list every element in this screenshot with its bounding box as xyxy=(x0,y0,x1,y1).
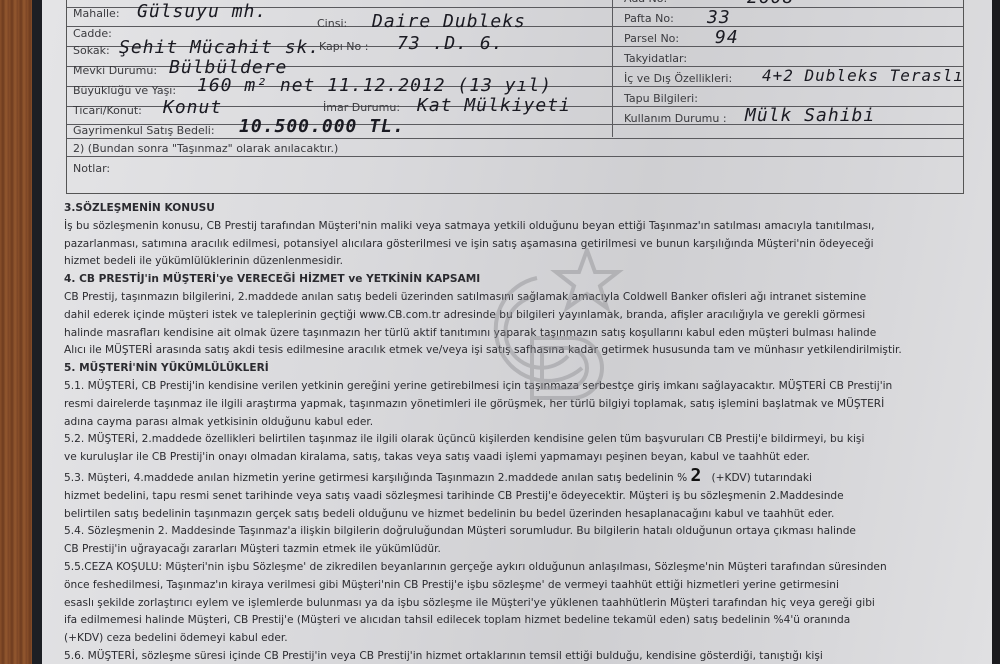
pafta-no-label: Pafta No: xyxy=(624,12,674,25)
section-5-title: 5. MÜŞTERİ'NİN YÜKÜMLÜLÜKLERİ xyxy=(64,360,969,378)
section-4-line: CB Prestij, taşınmazın bilgilerini, 2.ma… xyxy=(64,289,969,307)
cinsi-label: Cinsi: xyxy=(317,17,347,30)
kullanim-durumu-label: Kullanım Durumu : xyxy=(624,112,727,125)
notlar-label: Notlar: xyxy=(73,162,110,175)
section-5-3-line: hizmet bedelini, tapu resmi senet tarihi… xyxy=(64,488,969,506)
buyuklugu-yasi-label: Büyüklüğü ve Yaşı: xyxy=(73,84,176,97)
cinsi-value: Daire Dubleks xyxy=(372,11,526,32)
commission-percent-value: 2 xyxy=(691,467,702,486)
pafta-no-value: 33 xyxy=(707,7,731,28)
section-3-line: İş bu sözleşmenin konusu, CB Prestij tar… xyxy=(64,218,969,236)
section-5-3-post: (+KDV) tutarındaki xyxy=(711,472,812,484)
mevki-durumu-label: Mevki Durumu: xyxy=(73,64,157,77)
imar-durumu-value: Kat Mülkiyeti xyxy=(417,95,571,116)
section-5-5-line: esaslı şekilde zorlaştırıcı eylem ve işl… xyxy=(64,595,969,613)
section-5-2-line: ve kuruluşlar ile CB Prestij'in onayı ol… xyxy=(64,449,969,467)
taşınmaz-note: 2) (Bundan sonra "Taşınmaz" olarak anıla… xyxy=(73,142,338,155)
tapu-bilgileri-label: Tapu Bilgileri: xyxy=(624,92,698,105)
imar-durumu-label: İmar Durumu: xyxy=(323,101,400,114)
satis-bedeli-label: Gayrimenkul Satış Bedeli: xyxy=(73,124,215,137)
section-5-5-line: 5.5.CEZA KOŞULU: Müşteri'nin işbu Sözleş… xyxy=(64,559,969,577)
parsel-no-label: Parsel No: xyxy=(624,32,679,45)
section-5-2-line: 5.2. MÜŞTERİ, 2.maddede özellikleri beli… xyxy=(64,431,969,449)
parsel-no-value: 94 xyxy=(715,27,739,48)
ticari-konut-label: Ticari/Konut: xyxy=(73,104,142,117)
section-5-5-line: (+KDV) ceza bedelini ödemeyi kabul eder. xyxy=(64,630,969,648)
wooden-table-background xyxy=(0,0,36,664)
ada-no-label: Ada No: xyxy=(624,0,667,5)
contract-page: Ada No: 2608 Mahalle: Gülsuyu mh. Pafta … xyxy=(42,0,992,664)
section-5-1-line: resmi dairelerde taşınmaz ile ilgili ara… xyxy=(64,396,969,414)
ic-dis-ozellikleri-value: 4+2 Dubleks Teraslı xyxy=(762,66,964,85)
section-4-line: dahil ederek içinde müşteri istek ve tal… xyxy=(64,307,969,325)
takyidatlar-label: Takyidatlar: xyxy=(624,52,687,65)
section-5-5-line: önce feshedilmesi, Taşınmaz'ın kiraya ve… xyxy=(64,577,969,595)
mahalle-label: Mahalle: xyxy=(73,7,120,20)
ada-no-value: 2608 xyxy=(747,0,794,8)
section-5-6-partial-line: 5.6. MÜŞTERİ, sözleşme süresi içinde CB … xyxy=(64,648,969,664)
section-5-4-line: 5.4. Sözleşmenin 2. Maddesinde Taşınmaz'… xyxy=(64,523,969,541)
section-5-1-line: 5.1. MÜŞTERİ, CB Prestij'in kendisine ve… xyxy=(64,378,969,396)
ticari-konut-value: Konut xyxy=(163,97,222,118)
section-3-title: 3.SÖZLEŞMENİN KONUSU xyxy=(64,200,969,218)
section-4-title: 4. CB PRESTİJ'in MÜŞTERİ'ye VERECEĞİ HİZ… xyxy=(64,271,969,289)
ic-dis-ozellikleri-label: İç ve Dış Özellikleri: xyxy=(624,72,732,85)
sokak-value: Şehit Mücahit sk. xyxy=(119,37,320,58)
section-5-3-first-line: 5.3. Müşteri, 4.maddede anılan hizmetin … xyxy=(64,467,969,488)
section-3-line: pazarlanması, satımına aracılık edilmesi… xyxy=(64,236,969,254)
section-4-line: Alıcı ile MÜŞTERİ arasında satış akdi te… xyxy=(64,342,969,360)
mahalle-value: Gülsuyu mh. xyxy=(137,1,267,22)
section-5-3-line: belirtilen satış bedelinin taşınmazın ge… xyxy=(64,506,969,524)
kapi-no-label: Kapı No : xyxy=(319,40,368,53)
cadde-label: Cadde: xyxy=(73,27,112,40)
contract-body: 3.SÖZLEŞMENİN KONUSU İş bu sözleşmenin k… xyxy=(64,200,969,664)
section-5-3-pre: 5.3. Müşteri, 4.maddede anılan hizmetin … xyxy=(64,472,687,484)
section-5-5-line: ifa edilmemesi halinde Müşteri, CB Prest… xyxy=(64,612,969,630)
satis-bedeli-value: 10.500.000 TL. xyxy=(239,116,405,137)
kullanim-durumu-value: Mülk Sahibi xyxy=(745,105,875,126)
section-5-4-line: CB Prestij'in uğrayacağı zararları Müşte… xyxy=(64,541,969,559)
section-5-1-line: adına cayma parası almak yetkisinin oldu… xyxy=(64,414,969,432)
property-info-form: Ada No: 2608 Mahalle: Gülsuyu mh. Pafta … xyxy=(66,0,964,194)
section-3-line: hizmet bedeli ile yükümlülüklerinin düze… xyxy=(64,253,969,271)
sokak-label: Sokak: xyxy=(73,44,110,57)
section-4-line: halinde masrafları kendisine ait olmak ü… xyxy=(64,325,969,343)
kapi-no-value: 73 .D. 6. xyxy=(397,33,504,54)
buyuklugu-yasi-value: 160 m² net 11.12.2012 (13 yıl) xyxy=(197,75,552,96)
